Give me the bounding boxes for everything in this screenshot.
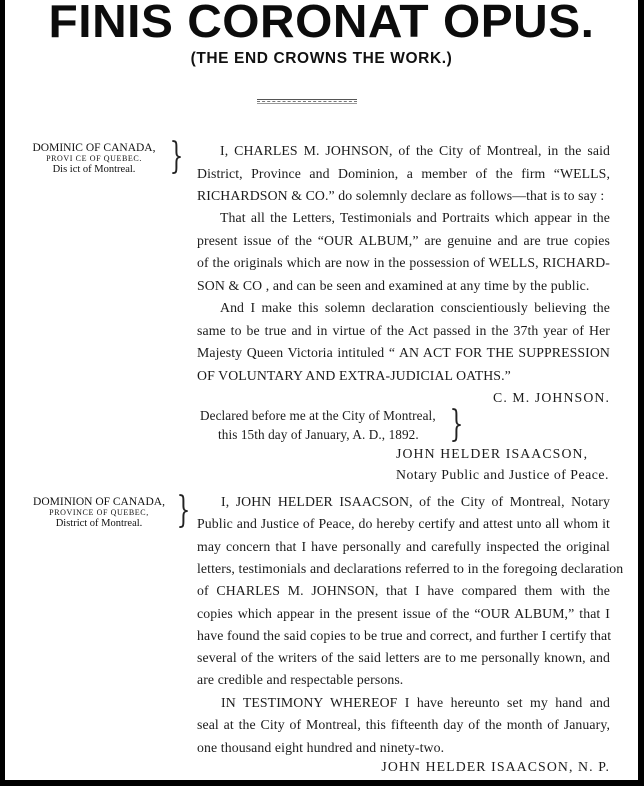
declaration-jurisdiction: DOMINIC OF CANADA, PROVI CE OF QUEBEC. D… bbox=[19, 142, 169, 176]
paragraph-line: same to be true and in virtue of the Act… bbox=[197, 323, 610, 339]
page-title: FINIS CORONAT OPUS. bbox=[0, 0, 644, 48]
paragraph-line: RICHARDSON & CO.” do solemnly declare as… bbox=[197, 188, 604, 204]
document-page: FINIS CORONAT OPUS. (THE END CROWNS THE … bbox=[5, 0, 638, 780]
paragraph-line: seal at the City of Montreal, this fifte… bbox=[197, 717, 610, 733]
notary-signature: JOHN HELDER ISAACSON, N. P. bbox=[381, 759, 610, 775]
paragraph-line: present issue of the “OUR ALBUM,” are ge… bbox=[197, 233, 610, 249]
paragraph-line: And I make this solemn declaration consc… bbox=[220, 300, 610, 316]
declared-before-line1: Declared before me at the City of Montre… bbox=[200, 408, 436, 424]
paragraph-line: are credible and respectable persons. bbox=[197, 672, 403, 688]
jurisdiction-dominion: DOMINIC OF CANADA, bbox=[19, 142, 169, 154]
paragraph-line: SON & CO , and can be seen and examined … bbox=[197, 278, 589, 294]
paragraph-line: Majesty Queen Victoria intituled “ AN AC… bbox=[197, 345, 610, 361]
brace-icon: } bbox=[177, 493, 191, 529]
paragraph-line: several of the writers of the said lette… bbox=[197, 650, 610, 666]
jurisdiction-district: District of Montreal. bbox=[23, 518, 175, 530]
notary-title: Notary Public and Justice of Peace. bbox=[396, 467, 609, 483]
jurisdiction-province: PROVINCE OF QUEBEC, bbox=[23, 508, 175, 518]
certificate-jurisdiction: DOMINION OF CANADA, PROVINCE OF QUEBEC, … bbox=[23, 496, 175, 530]
paragraph-line: of CHARLES M. JOHNSON, that I have compa… bbox=[197, 583, 610, 599]
declarant-signature: C. M. JOHNSON. bbox=[493, 390, 610, 406]
notary-name: JOHN HELDER ISAACSON, bbox=[396, 446, 588, 462]
declared-before-line2: this 15th day of January, A. D., 1892. bbox=[218, 427, 419, 443]
brace-icon: } bbox=[450, 407, 464, 443]
jurisdiction-dominion: DOMINION OF CANADA, bbox=[23, 496, 175, 508]
paragraph-line: one thousand eight hundred and ninety-tw… bbox=[197, 740, 444, 756]
brace-icon: } bbox=[170, 139, 184, 175]
page-subtitle: (THE END CROWNS THE WORK.) bbox=[5, 50, 638, 68]
jurisdiction-district: Dis ict of Montreal. bbox=[19, 164, 169, 176]
paragraph-line: That all the Letters, Testimonials and P… bbox=[220, 210, 610, 226]
paragraph-line: of the originals which are now in the po… bbox=[197, 255, 610, 271]
paragraph-line: letters, testimonials and declarations r… bbox=[197, 561, 610, 577]
paragraph-line: OF VOLUNTARY AND EXTRA-JUDICIAL OATHS.” bbox=[197, 368, 511, 384]
paragraph-line: copies which appear in the present issue… bbox=[197, 606, 610, 622]
paragraph-line: District, Province and Dominion, a membe… bbox=[197, 166, 610, 182]
paragraph-line: I, JOHN HELDER ISAACSON, of the City of … bbox=[221, 494, 610, 510]
paragraph-line: I, CHARLES M. JOHNSON, of the City of Mo… bbox=[220, 143, 610, 159]
paragraph-line: have found the said copies to be true an… bbox=[197, 628, 610, 644]
paragraph-line: Public and Justice of Peace, do hereby c… bbox=[197, 516, 610, 532]
paragraph-line: may concern that I have personally and c… bbox=[197, 539, 610, 555]
decorative-rule bbox=[257, 99, 357, 105]
jurisdiction-province: PROVI CE OF QUEBEC. bbox=[19, 154, 169, 164]
paragraph-line: IN TESTIMONY WHEREOF I have hereunto set… bbox=[221, 695, 610, 711]
